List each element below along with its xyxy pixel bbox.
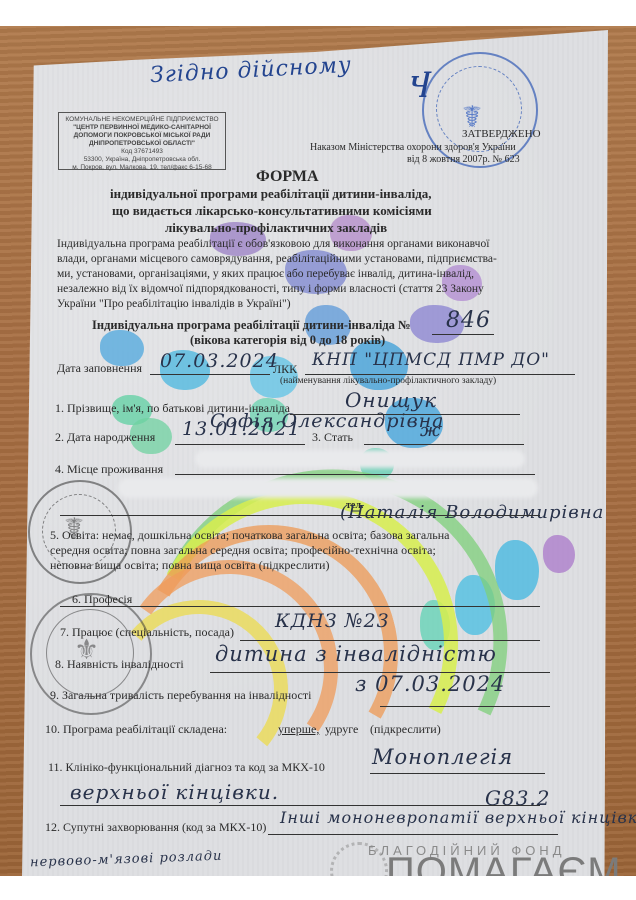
stamp-line: ДНІПРОПЕТРОВСЬКОЇ ОБЛАСТІ" xyxy=(59,140,225,148)
lkk-caption: (найменування лікувально-профілактичного… xyxy=(280,376,496,386)
caduceus-icon: ☤ xyxy=(64,512,84,547)
duration-value: з 07.03.2024 xyxy=(355,672,505,696)
intro-text: ми, установами, організаціями, у яких пр… xyxy=(57,268,474,280)
intro-text: Індивідуальна програма реабілітації є об… xyxy=(57,238,489,250)
bottom-margin xyxy=(0,876,636,900)
comorbid-label: 12. Супутні захворювання (код за МКХ-10) xyxy=(45,820,266,835)
fill-date-label: Дата заповнення xyxy=(57,361,142,376)
residence-label: 4. Місце проживання xyxy=(55,462,163,477)
intro-text: України "Про реабілітацію інвалідів в Ук… xyxy=(57,298,291,310)
program-label: 10. Програма реабілітації складена: xyxy=(45,722,227,737)
organization-stamp: КОМУНАЛЬНЕ НЕКОМЕРЦІЙНЕ ПІДПРИЄМСТВО "ЦЕ… xyxy=(58,112,226,170)
intro-text: незалежно від їх відомчої підпорядковано… xyxy=(57,283,484,295)
stamp-line: м. Покров, вул. Малкова, 19, тел/факс 6-… xyxy=(59,164,225,172)
stamp-line: "ЦЕНТР ПЕРВИННОЇ МЕДИКО-САНІТАРНОЇ xyxy=(59,124,225,132)
form-subtitle: що видається лікарсько-консультативними … xyxy=(112,203,432,219)
program-heading: Індивідуальна програма реабілітації дити… xyxy=(92,318,411,333)
redaction-mask xyxy=(118,478,538,498)
lkk-value: КНП "ЦПМСД ПМР ДО" xyxy=(312,350,550,370)
redaction-mask xyxy=(195,450,525,468)
decor-blob xyxy=(543,535,575,573)
program-option-first[interactable]: уперше, xyxy=(278,722,319,737)
guardian-value: (Наталія Володимирівна xyxy=(340,502,604,523)
diagnosis-value: Моноплегія xyxy=(372,745,513,769)
clinic-seal-left: ⚜ xyxy=(30,593,152,715)
signature: Ⴣ xyxy=(408,70,431,105)
disability-value: дитина з інвалідністю xyxy=(215,642,497,666)
stamp-line: Код 37671493 xyxy=(59,148,225,156)
birth-label: 2. Дата народження xyxy=(55,430,155,445)
program-number: 846 xyxy=(446,308,491,333)
diagnosis-label: 11. Клініко-функціональний діагноз та ко… xyxy=(48,760,325,775)
trident-icon: ⚜ xyxy=(74,633,99,667)
form-title: ФОРМА xyxy=(256,168,319,186)
age-category: (вікова категорія від 0 до 18 років) xyxy=(190,333,385,348)
lkk-label: ЛКК xyxy=(273,362,297,377)
program-option-second[interactable]: удруге xyxy=(325,722,358,737)
doctor-seal-left: ☤ xyxy=(28,480,132,584)
diagnosis-code: G83.2 xyxy=(485,786,551,810)
fill-date-value: 07.03.2024 xyxy=(160,350,279,372)
diagnosis-value-cont: верхньої кінцівки. xyxy=(70,780,279,804)
form-subtitle: індивідуальної програми реабілітації дит… xyxy=(110,186,432,202)
stamp-line: 53300, Україна, Дніпропетровська обл. xyxy=(59,156,225,164)
approval-date: від 8 жовтня 2007р. № 623 xyxy=(407,154,520,165)
approval-order: Наказом Міністерства охорони здоров'я Ук… xyxy=(310,142,516,153)
approval-title: ЗАТВЕРДЖЕНО xyxy=(462,128,541,140)
decor-blob xyxy=(495,540,539,600)
name-surname: Онищук xyxy=(345,388,437,412)
program-hint: (підкреслити) xyxy=(370,722,441,737)
sex-label: 3. Стать xyxy=(312,430,353,445)
birth-value: 13.01.2021 xyxy=(182,418,301,440)
works-value: КДНЗ №23 xyxy=(275,610,390,632)
sex-value: ж xyxy=(420,420,441,441)
stamp-line: ДОПОМОГИ ПОКРОВСЬКОЇ МІСЬКОЇ РАДИ xyxy=(59,132,225,140)
form-subtitle: лікувально-профілактичних закладів xyxy=(165,220,387,236)
intro-text: влади, органами місцевого самоврядування… xyxy=(57,253,497,265)
stamp-line: КОМУНАЛЬНЕ НЕКОМЕРЦІЙНЕ ПІДПРИЄМСТВО xyxy=(59,116,225,124)
comorbid-value: Інші мононевропатії верхньої кінцівки xyxy=(280,808,636,827)
